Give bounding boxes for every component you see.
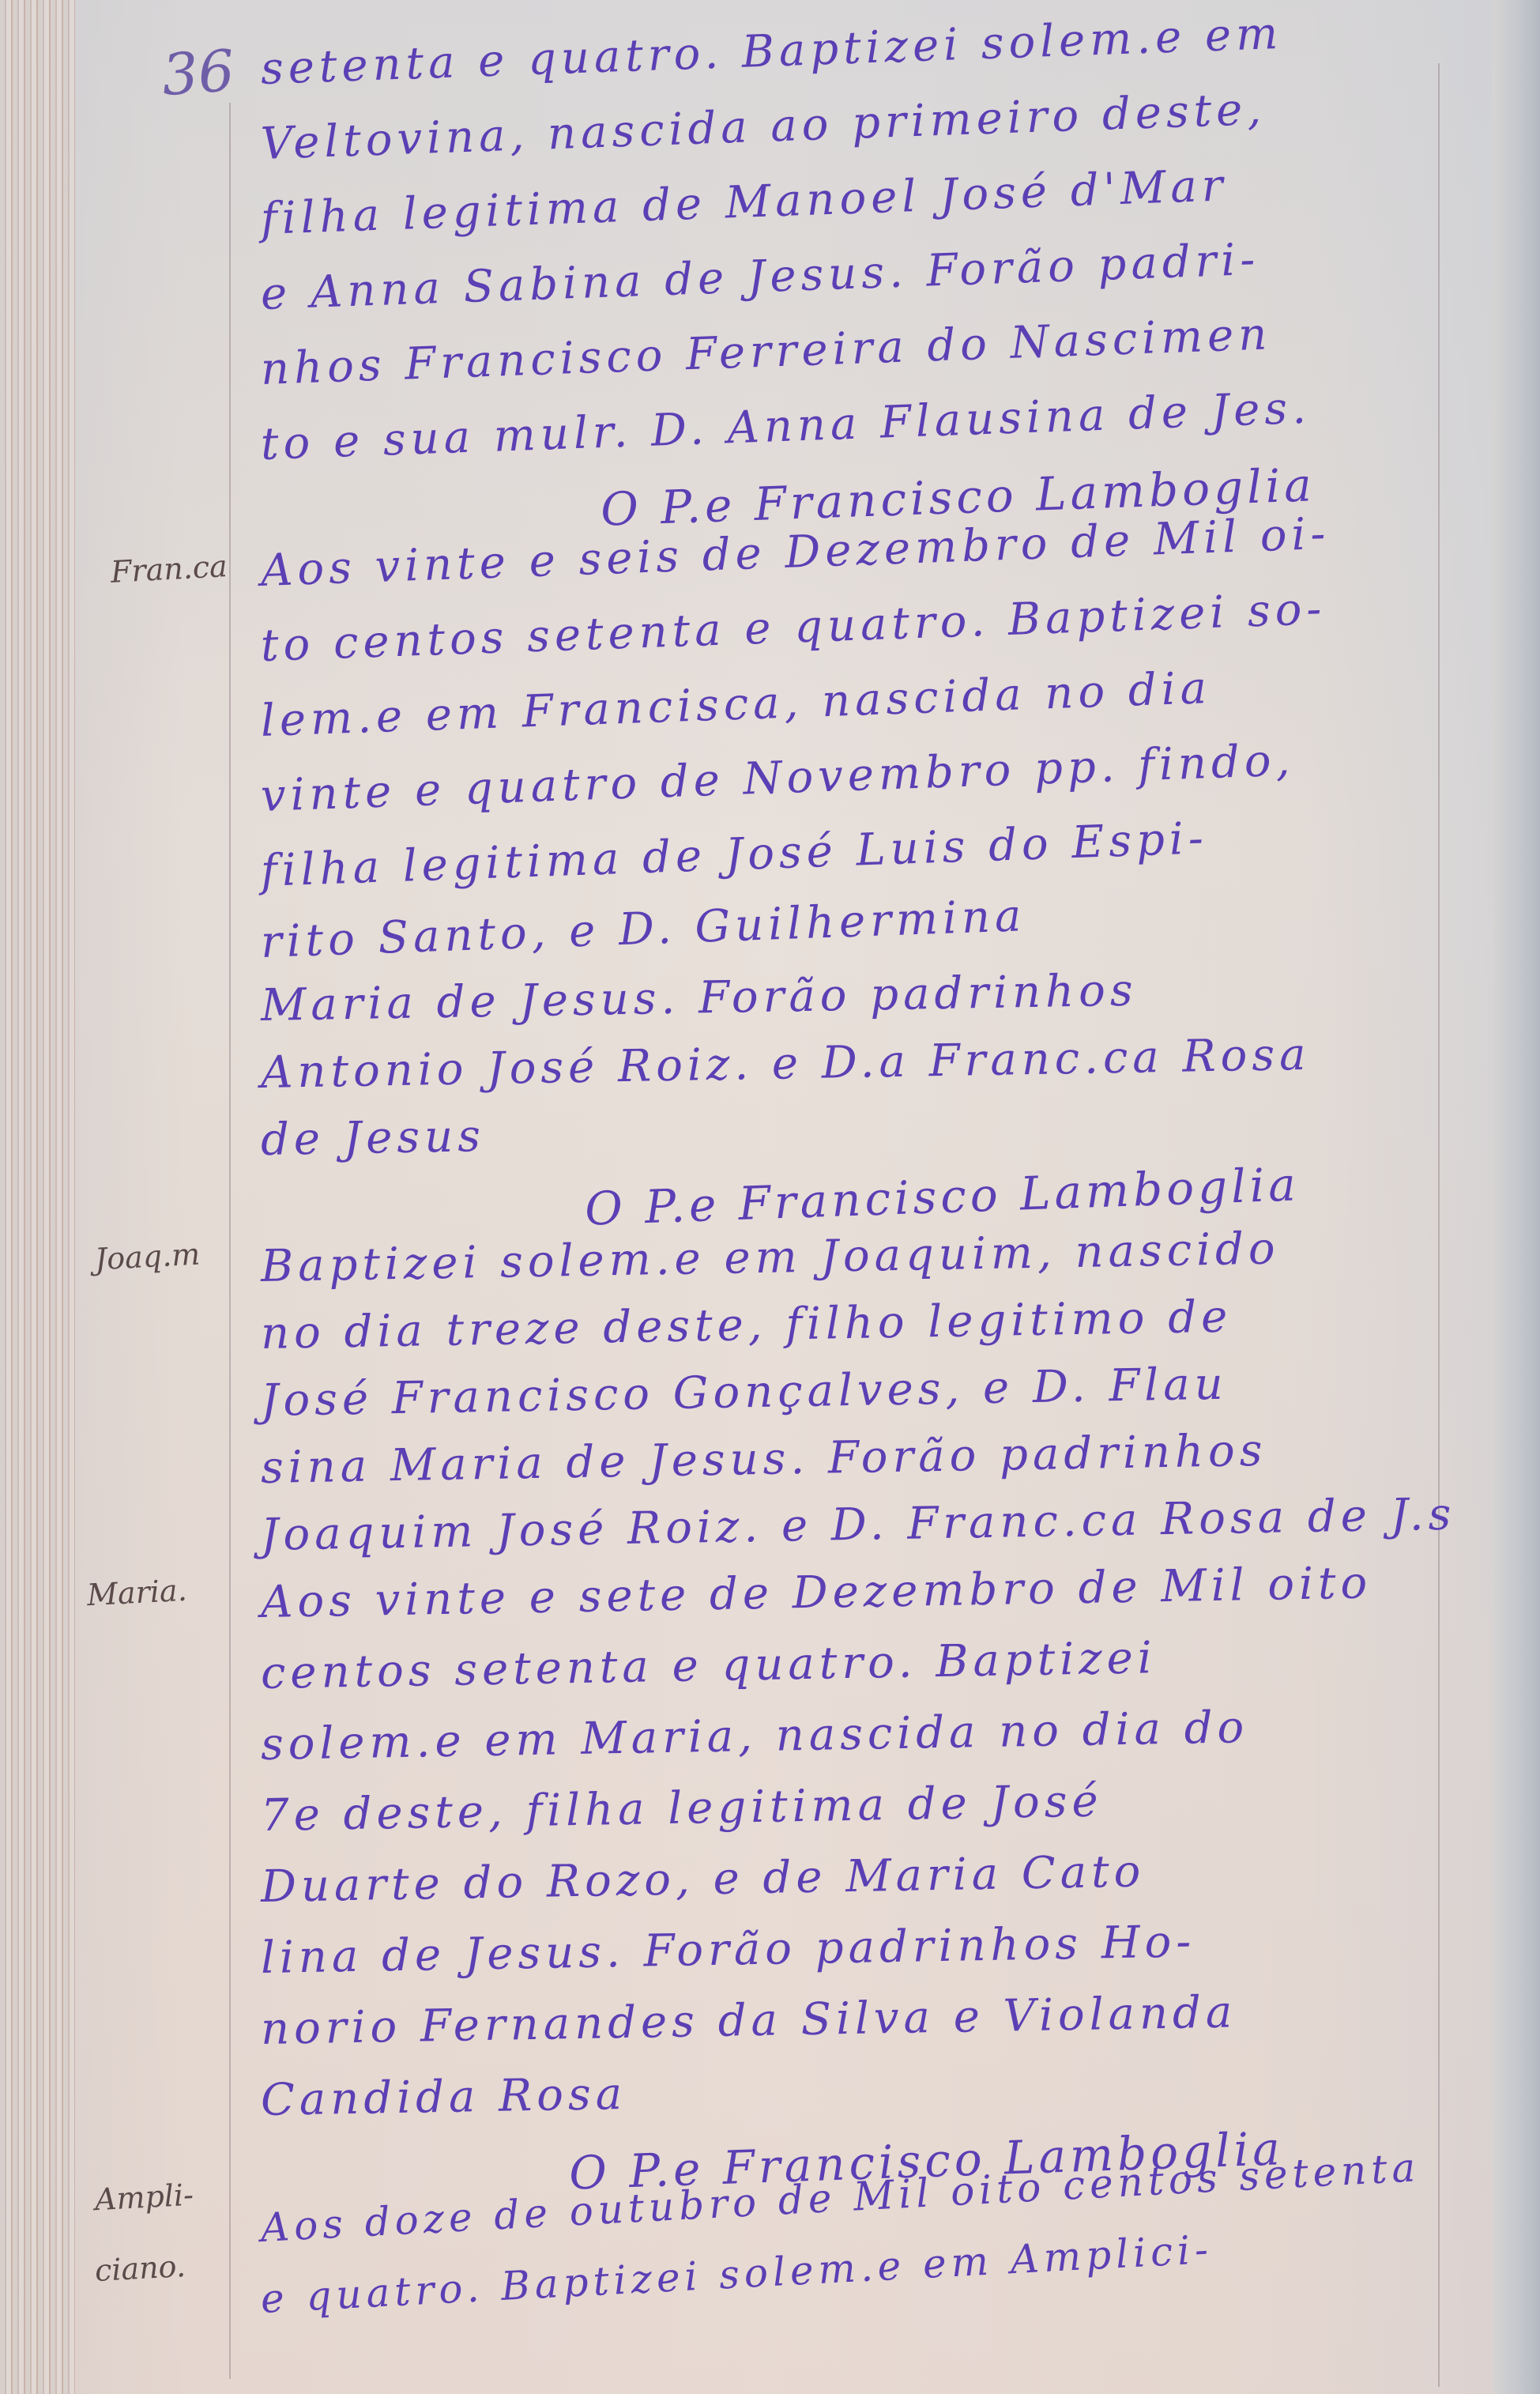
entry-line: José Francisco Gonçalves, e D. Flau [260, 1355, 1438, 1427]
entry-line: solem.e em Maria, nascida no dia do [260, 1698, 1438, 1770]
entry-line: Veltovina, nascida ao primeiro deste, [260, 77, 1438, 170]
entry-line: Joaquim José Roiz. e D. Franc.ca Rosa de… [260, 1489, 1438, 1561]
entry-line: nhos Francisco Ferreira do Nascimen [260, 303, 1438, 395]
entry-line: de Jesus [260, 1094, 1438, 1166]
entry-line: 7e deste, filha legitima de José [260, 1770, 1438, 1842]
entry-line: filha legitima de Manoel José d'Mar [260, 153, 1438, 245]
entry-line: Candida Rosa [260, 2054, 1438, 2126]
entry-line: no dia treze deste, filho legitimo de [260, 1287, 1438, 1359]
entry-line: to e sua mulr. D. Anna Flausina de Jes. [260, 378, 1438, 470]
margin-name-joaquim: Joaq.m [94, 1238, 201, 1277]
margin-name-francisca: Fran.ca [110, 550, 228, 589]
entry-line: centos setenta e quatro. Baptizei [260, 1627, 1438, 1699]
entry-line: to centos setenta e quatro. Baptizei so- [260, 579, 1438, 672]
margin-rule-right [1438, 63, 1440, 2387]
entry-line: vinte e quatro de Novembro pp. findo, [260, 730, 1438, 822]
entry-line: Antonio José Roiz. e D.a Franc.ca Rosa [260, 1027, 1438, 1099]
entry-line: lina de Jesus. Forão padrinhos Ho- [260, 1912, 1438, 1984]
document-page: 36 setenta e quatro. Baptizei solem.e em… [0, 0, 1540, 2394]
margin-name-maria: Maria. [86, 1574, 188, 1612]
entry-line: Duarte do Rozo, e de Maria Cato [260, 1841, 1438, 1913]
entry-line: norio Fernandes da Silva e Violanda [260, 1983, 1438, 2055]
margin-name-amplic-2: ciano. [94, 2250, 186, 2288]
page-number: 36 [160, 37, 236, 108]
margin-rule-left [229, 103, 231, 2379]
entry-line: setenta e quatro. Baptizei solem.e em [260, 2, 1438, 95]
entry-line: sina Maria de Jesus. Forão padrinhos [260, 1422, 1438, 1494]
right-page-edge [1493, 0, 1540, 2394]
entry-line: Maria de Jesus. Forão padrinhos [260, 959, 1438, 1031]
stacked-page-edges [0, 0, 75, 2394]
entry-line: Aos vinte e sete de Dezembro de Mil oito [260, 1556, 1438, 1628]
entry-line: Baptizei solem.e em Joaquim, nascido [260, 1220, 1438, 1292]
entry-line: lem.e em Francisca, nascida no dia [260, 654, 1438, 747]
margin-name-amplic-1: Ampli- [94, 2179, 194, 2217]
entry-line: e Anna Sabina de Jesus. Forão padri- [260, 228, 1438, 320]
